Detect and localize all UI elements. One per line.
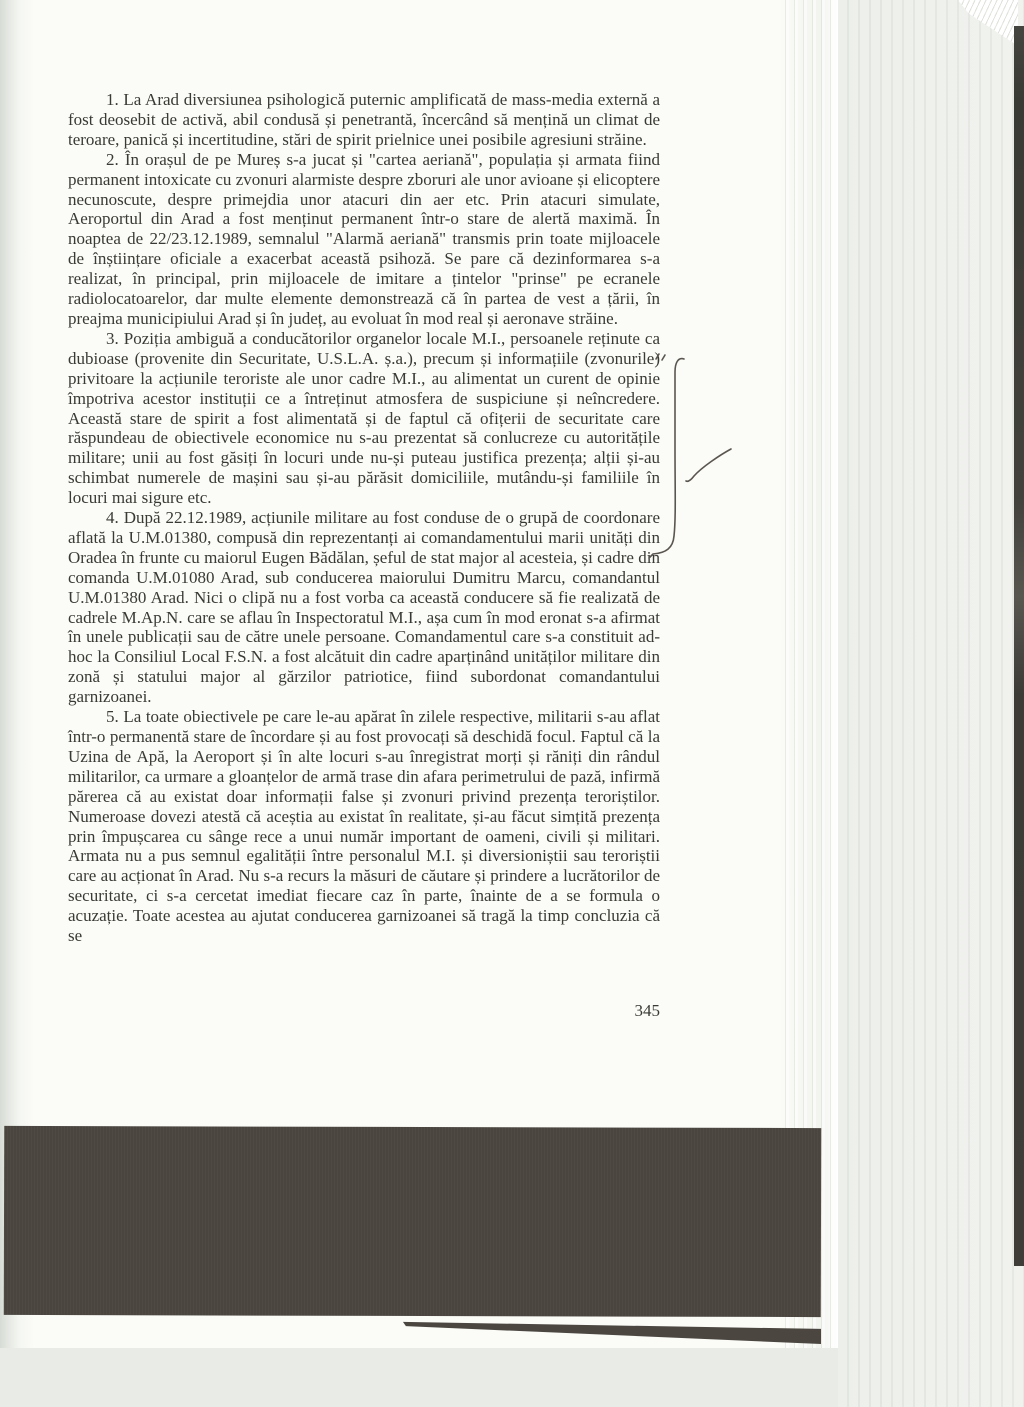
- body-text: 1. La Arad diversiunea psihologică puter…: [68, 90, 660, 946]
- bracket-stroke: [649, 359, 684, 558]
- paragraph-2: 2. În orașul de pe Mureș s-a jucat și "c…: [68, 150, 660, 329]
- paragraph-5: 5. La toate obiectivele pe care le-au ap…: [68, 707, 660, 946]
- scanner-background: [838, 0, 1024, 1407]
- bracket-tick-marks: [656, 354, 665, 360]
- scan-edge-dark-strip: [1014, 26, 1024, 1266]
- paragraph-4: 4. După 22.12.1989, acțiunile militare a…: [68, 508, 660, 707]
- page-number: 345: [68, 1001, 660, 1021]
- check-mark: [686, 449, 731, 481]
- paragraph-1: 1. La Arad diversiunea psihologică puter…: [68, 90, 660, 150]
- handwritten-margin-bracket: [638, 348, 748, 568]
- paragraph-3: 3. Poziția ambiguă a conducătorilor orga…: [68, 329, 660, 508]
- scan-artifact-band: [4, 1126, 821, 1317]
- book-page: 1. La Arad diversiunea psihologică puter…: [0, 0, 838, 1348]
- scanned-book-page: 1. La Arad diversiunea psihologică puter…: [0, 0, 1024, 1407]
